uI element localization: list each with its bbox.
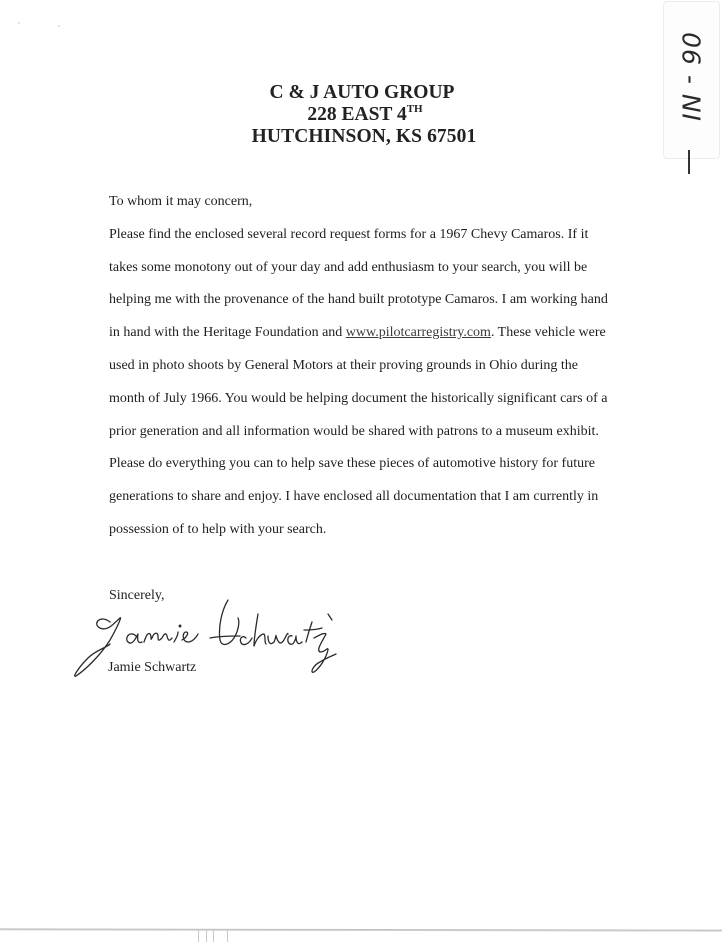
letter-line: month of July 1966. You would be helping… — [109, 383, 608, 416]
scan-mark — [227, 930, 228, 942]
tag-underline-mark — [688, 150, 690, 174]
salutation: To whom it may concern, — [109, 186, 608, 219]
scan-mark — [206, 930, 207, 942]
page-edge-line — [0, 928, 722, 931]
letter-line: used in photo shoots by General Motors a… — [109, 350, 608, 383]
registry-link[interactable]: www.pilotcarregistry.com — [346, 325, 491, 340]
letter-line: generations to share and enjoy. I have e… — [109, 481, 608, 514]
letter-line-with-link: in hand with the Heritage Foundation and… — [109, 317, 608, 350]
street-ordinal-superscript: TH — [407, 103, 423, 115]
letter-body: To whom it may concern, Please find the … — [109, 186, 608, 547]
street-text: 228 EAST 4 — [307, 104, 406, 125]
letter-line: Please do everything you can to help sav… — [109, 448, 608, 481]
letter-line: helping me with the provenance of the ha… — [109, 284, 608, 317]
letter-line: Please find the enclosed several record … — [109, 219, 608, 252]
handwritten-tag-text: 06 - NI — [677, 32, 706, 122]
company-name: C & J AUTO GROUP — [2, 82, 722, 104]
scan-mark — [198, 930, 199, 942]
letter-line: prior generation and all information wou… — [109, 416, 608, 449]
letter-line: possession of to help with your search. — [109, 514, 608, 547]
handwritten-file-tag: 06 - NI — [664, 2, 719, 158]
scan-speck — [18, 22, 20, 24]
signer-name: Jamie Schwartz — [108, 660, 196, 676]
scan-speck — [58, 25, 60, 27]
link-line-suffix: . These vehicle were — [491, 325, 606, 340]
letterhead: C & J AUTO GROUP 228 EAST 4TH HUTCHINSON… — [0, 82, 722, 148]
letter-line: takes some monotony out of your day and … — [109, 252, 608, 285]
scan-mark — [213, 930, 214, 942]
link-line-prefix: in hand with the Heritage Foundation and — [109, 325, 346, 340]
scanned-letter-page: C & J AUTO GROUP 228 EAST 4TH HUTCHINSON… — [0, 0, 722, 942]
city-state-zip: HUTCHINSON, KS 67501 — [6, 126, 722, 148]
street-address: 228 EAST 4TH — [8, 104, 722, 126]
